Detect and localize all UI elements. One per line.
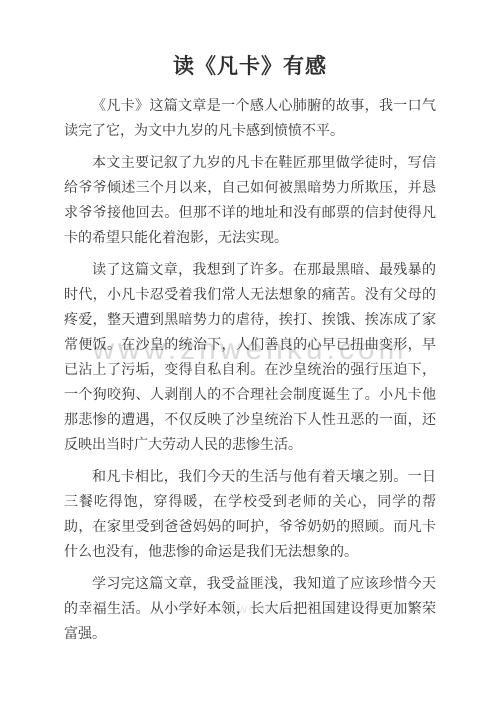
paragraph-3: 读了这篇文章，我想到了许多。在那最黑暗、最残暴的时代，小凡卡忍受着我们常人无法想… (64, 258, 436, 458)
document-content: 读《凡卡》有感 《凡卡》这篇文章是一个感人心肺腑的故事，我一口气读完了它，为文中… (0, 0, 500, 647)
paragraph-2: 本文主要记叙了九岁的凡卡在鞋匠那里做学徒时，写信给爷爷倾述三个月以来，自己如何被… (64, 151, 436, 251)
paragraph-5: 学习完这篇文章，我受益匪浅，我知道了应该珍惜今天的幸福生活。从小学好本领，长大后… (64, 572, 436, 647)
essay-title: 读《凡卡》有感 (64, 50, 436, 80)
paragraph-4: 和凡卡相比，我们今天的生活与他有着天壤之别。一日三餐吃得饱，穿得暖，在学校受到老… (64, 465, 436, 565)
document-page: www.znwenku.com www.znwenku.com 读《凡卡》有感 … (0, 0, 500, 708)
paragraph-1: 《凡卡》这篇文章是一个感人心肺腑的故事，我一口气读完了它，为文中九岁的凡卡感到愤… (64, 94, 436, 144)
